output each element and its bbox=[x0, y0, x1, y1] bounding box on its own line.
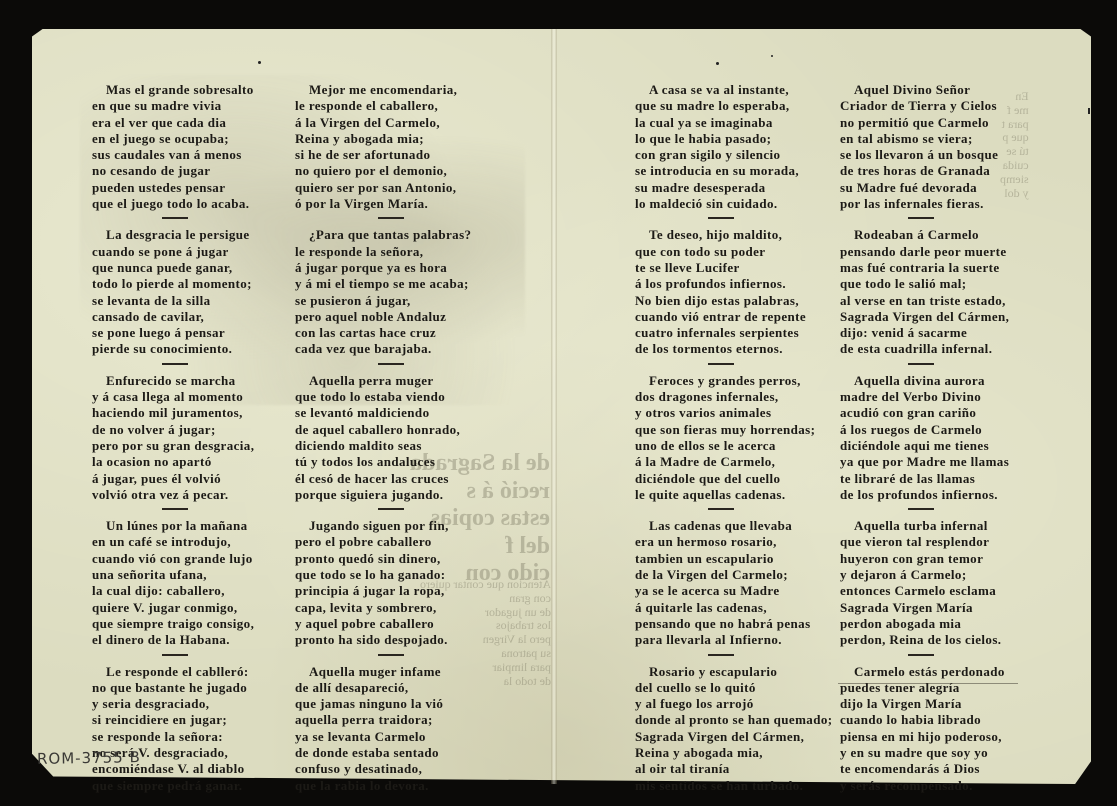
verse-line: te encomendarás á Dios bbox=[840, 761, 1025, 777]
verse-line: de la Virgen del Carmelo; bbox=[635, 567, 830, 583]
verse-line: á jugar, pues él volvió bbox=[92, 471, 282, 487]
verse-line: aquella perra traidora; bbox=[295, 712, 510, 728]
verse-line: de los tormentos eternos. bbox=[635, 341, 830, 357]
stanza: Aquella perra mugerque todo lo estaba vi… bbox=[295, 373, 510, 503]
verse-line: de tres horas de Granada bbox=[840, 163, 1025, 179]
verse-line: á la Madre de Carmelo, bbox=[635, 454, 830, 470]
verse-line: Aquella turba infernal bbox=[840, 518, 1025, 534]
verse-line: Te deseo, hijo maldito, bbox=[635, 227, 830, 243]
verse-line: que su madre lo esperaba, bbox=[635, 98, 830, 114]
verse-line: No bien dijo estas palabras, bbox=[635, 293, 830, 309]
verse-line: con las cartas hace cruz bbox=[295, 325, 510, 341]
verse-line: que jamas ninguno la vió bbox=[295, 696, 510, 712]
verse-line: en tal abismo se viera; bbox=[840, 131, 1025, 147]
verse-line: él cesó de hacer las cruces bbox=[295, 471, 510, 487]
verse-line: Reina y abogada mia, bbox=[635, 745, 830, 761]
verse-line: perdon, Reina de los cielos. bbox=[840, 632, 1025, 648]
stanza: A casa se va al instante,que su madre lo… bbox=[635, 82, 830, 212]
stanza-separator bbox=[378, 363, 404, 365]
verse-line: y aquel pobre caballero bbox=[295, 616, 510, 632]
verse-line: Aquel Divino Señor bbox=[840, 82, 1025, 98]
verse-line: le responde el caballero, bbox=[295, 98, 510, 114]
stanza: Las cadenas que llevabaera un hermoso ro… bbox=[635, 518, 830, 648]
archive-shelfmark: ROM-3755 B bbox=[37, 748, 141, 768]
stanza-separator bbox=[708, 217, 734, 219]
verse-line: Aquella divina aurora bbox=[840, 373, 1025, 389]
stanza-separator bbox=[162, 654, 188, 656]
verse-line: y á casa llega al momento bbox=[92, 389, 282, 405]
verse-line: el dinero de la Habana. bbox=[92, 632, 282, 648]
verse-line: y á mi el tiempo se me acaba; bbox=[295, 276, 510, 292]
verse-line: que el juego todo lo acaba. bbox=[92, 196, 282, 212]
verse-line: pensando darle peor muerte bbox=[840, 244, 1025, 260]
ink-speck bbox=[771, 55, 773, 57]
stanza: Rodeaban á Carmelopensando darle peor mu… bbox=[840, 227, 1025, 357]
verse-line: dijo: venid á sacarme bbox=[840, 325, 1025, 341]
verse-line: y serás recompensado. bbox=[840, 778, 1025, 794]
stanza: Rosario y escapulariodel cuello se lo qu… bbox=[635, 664, 830, 794]
stanza: Feroces y grandes perros,dos dragones in… bbox=[635, 373, 830, 503]
verse-line: su madre desesperada bbox=[635, 180, 830, 196]
left-page-column-2: Mejor me encomendaria,le responde el cab… bbox=[295, 82, 510, 794]
verse-line: dijo la Virgen María bbox=[840, 696, 1025, 712]
verse-line: cuando vió con grande lujo bbox=[92, 551, 282, 567]
verse-line: quiere V. jugar conmigo, bbox=[92, 600, 282, 616]
stanza: Aquella turba infernalque vieron tal res… bbox=[840, 518, 1025, 648]
verse-line: pronto quedó sin dinero, bbox=[295, 551, 510, 567]
stanza: Le responde el cablleró:no que bastante … bbox=[92, 664, 282, 794]
verse-line: Mejor me encomendaria, bbox=[295, 82, 510, 98]
verse-line: mas fué contraria la suerte bbox=[840, 260, 1025, 276]
verse-line: ya se le acerca su Madre bbox=[635, 583, 830, 599]
stanza: La desgracia le persiguecuando se pone á… bbox=[92, 227, 282, 357]
stanza-separator bbox=[378, 654, 404, 656]
verse-line: Sagrada Virgen María bbox=[840, 600, 1025, 616]
verse-line: que son fieras muy horrendas; bbox=[635, 422, 830, 438]
verse-line: con gran sigilo y silencio bbox=[635, 147, 830, 163]
verse-line: Criador de Tierra y Cielos bbox=[840, 98, 1025, 114]
right-page-column-1: A casa se va al instante,que su madre lo… bbox=[635, 82, 830, 794]
verse-line: Aquella muger infame bbox=[295, 664, 510, 680]
verse-line: entonces Carmelo esclama bbox=[840, 583, 1025, 599]
verse-line: por las infernales fieras. bbox=[840, 196, 1025, 212]
verse-line: Jugando siguen por fin, bbox=[295, 518, 510, 534]
verse-line: perdon abogada mia bbox=[840, 616, 1025, 632]
verse-line: que todo le salió mal; bbox=[840, 276, 1025, 292]
verse-line: ya que por Madre me llamas bbox=[840, 454, 1025, 470]
verse-line: pueden ustedes pensar bbox=[92, 180, 282, 196]
verse-line: á la Virgen del Carmelo, bbox=[295, 115, 510, 131]
verse-line: á los ruegos de Carmelo bbox=[840, 422, 1025, 438]
verse-line: que la rabia lo devora. bbox=[295, 778, 510, 794]
verse-line: le quite aquellas cadenas. bbox=[635, 487, 830, 503]
verse-line: cuatro infernales serpientes bbox=[635, 325, 830, 341]
stanza: Te deseo, hijo maldito,que con todo su p… bbox=[635, 227, 830, 357]
stanza-separator bbox=[378, 508, 404, 510]
stanza: Jugando siguen por fin,pero el pobre cab… bbox=[295, 518, 510, 648]
verse-line: del cuello se lo quitó bbox=[635, 680, 830, 696]
verse-line: capa, levita y sombrero, bbox=[295, 600, 510, 616]
verse-line: y seria desgraciado, bbox=[92, 696, 282, 712]
verse-line: piensa en mi hijo poderoso, bbox=[840, 729, 1025, 745]
verse-line: quiero ser por san Antonio, bbox=[295, 180, 510, 196]
verse-line: que siempre traigo consigo, bbox=[92, 616, 282, 632]
verse-line: tú y todos los andaluces bbox=[295, 454, 510, 470]
verse-line: Sagrada Virgen del Cármen, bbox=[840, 309, 1025, 325]
verse-line: y en su madre que soy yo bbox=[840, 745, 1025, 761]
verse-line: diciendo maldito seas bbox=[295, 438, 510, 454]
verse-line: A casa se va al instante, bbox=[635, 82, 830, 98]
verse-line: donde al pronto se han quemado; bbox=[635, 712, 830, 728]
stanza-separator bbox=[378, 217, 404, 219]
verse-line: se introducia en su morada, bbox=[635, 163, 830, 179]
verse-line: para llevarla al Infierno. bbox=[635, 632, 830, 648]
verse-line: se los llevaron á un bosque bbox=[840, 147, 1025, 163]
verse-line: en que su madre vivia bbox=[92, 98, 282, 114]
verse-line: al oir tal tiranía bbox=[635, 761, 830, 777]
verse-line: se levanta de la silla bbox=[92, 293, 282, 309]
verse-line: le responde la señora, bbox=[295, 244, 510, 260]
verse-line: no cesando de jugar bbox=[92, 163, 282, 179]
stanza: Mas el grande sobresaltoen que su madre … bbox=[92, 82, 282, 212]
stanza: Aquel Divino SeñorCriador de Tierra y Ci… bbox=[840, 82, 1025, 212]
verse-line: pensando que no habrá penas bbox=[635, 616, 830, 632]
verse-line: La desgracia le persigue bbox=[92, 227, 282, 243]
verse-line: que con todo su poder bbox=[635, 244, 830, 260]
verse-line: Reina y abogada mia; bbox=[295, 131, 510, 147]
stanza-separator bbox=[708, 363, 734, 365]
verse-line: la cual ya se imaginaba bbox=[635, 115, 830, 131]
verse-line: al verse en tan triste estado, bbox=[840, 293, 1025, 309]
verse-line: te se lleve Lucifer bbox=[635, 260, 830, 276]
stanza: Aquella muger infamede allí desapareció,… bbox=[295, 664, 510, 794]
verse-line: que vieron tal resplendor bbox=[840, 534, 1025, 550]
verse-line: su Madre fué devorada bbox=[840, 180, 1025, 196]
left-page-column-1: Mas el grande sobresaltoen que su madre … bbox=[92, 82, 282, 794]
verse-line: ó por la Virgen María. bbox=[295, 196, 510, 212]
verse-line: era un hermoso rosario, bbox=[635, 534, 830, 550]
verse-line: se pusieron á jugar, bbox=[295, 293, 510, 309]
rule-line bbox=[838, 683, 1018, 684]
verse-line: volvió otra vez á pecar. bbox=[92, 487, 282, 503]
verse-line: cuando vió entrar de repente bbox=[635, 309, 830, 325]
stanza-separator bbox=[908, 508, 934, 510]
verse-line: uno de ellos se le acerca bbox=[635, 438, 830, 454]
stanza: Aquella divina auroramadre del Verbo Div… bbox=[840, 373, 1025, 503]
verse-line: Un lúnes por la mañana bbox=[92, 518, 282, 534]
verse-line: diciéndole que del cuello bbox=[635, 471, 830, 487]
verse-line: se levantó maldiciendo bbox=[295, 405, 510, 421]
verse-line: en un café se introdujo, bbox=[92, 534, 282, 550]
stanza-separator bbox=[162, 217, 188, 219]
verse-line: en el juego se ocupaba; bbox=[92, 131, 282, 147]
verse-line: Enfurecido se marcha bbox=[92, 373, 282, 389]
verse-line: lo maldeció sin cuidado. bbox=[635, 196, 830, 212]
verse-line: cuando lo habia librado bbox=[840, 712, 1025, 728]
verse-line: se pone luego á pensar bbox=[92, 325, 282, 341]
stanza-separator bbox=[708, 654, 734, 656]
verse-line: Rodeaban á Carmelo bbox=[840, 227, 1025, 243]
verse-line: y otros varios animales bbox=[635, 405, 830, 421]
ink-speck bbox=[716, 62, 719, 65]
verse-line: á jugar porque ya es hora bbox=[295, 260, 510, 276]
verse-line: de esta cuadrilla infernal. bbox=[840, 341, 1025, 357]
verse-line: Rosario y escapulario bbox=[635, 664, 830, 680]
verse-line: todo lo pierde al momento; bbox=[92, 276, 282, 292]
verse-line: Feroces y grandes perros, bbox=[635, 373, 830, 389]
verse-line: pero aquel noble Andaluz bbox=[295, 309, 510, 325]
verse-line: dos dragones infernales, bbox=[635, 389, 830, 405]
verse-line: la ocasion no apartó bbox=[92, 454, 282, 470]
verse-line: y al fuego los arrojó bbox=[635, 696, 830, 712]
verse-line: madre del Verbo Divino bbox=[840, 389, 1025, 405]
verse-line: á los profundos infiernos. bbox=[635, 276, 830, 292]
stanza: Un lúnes por la mañanaen un café se intr… bbox=[92, 518, 282, 648]
verse-line: que todo se lo ha ganado: bbox=[295, 567, 510, 583]
verse-line: porque siguiera jugando. bbox=[295, 487, 510, 503]
stanza-separator bbox=[908, 217, 934, 219]
verse-line: confuso y desatinado, bbox=[295, 761, 510, 777]
verse-line: si he de ser afortunado bbox=[295, 147, 510, 163]
verse-line: de no volver á jugar; bbox=[92, 422, 282, 438]
stanza-separator bbox=[908, 654, 934, 656]
stanza-separator bbox=[908, 363, 934, 365]
verse-line: ¿Para que tantas palabras? bbox=[295, 227, 510, 243]
center-fold bbox=[551, 29, 557, 784]
stanza-separator bbox=[162, 363, 188, 365]
stanza-separator bbox=[162, 508, 188, 510]
stanza: Mejor me encomendaria,le responde el cab… bbox=[295, 82, 510, 212]
verse-line: que nunca puede ganar, bbox=[92, 260, 282, 276]
verse-line: haciendo mil juramentos, bbox=[92, 405, 282, 421]
verse-line: de allí desapareció, bbox=[295, 680, 510, 696]
verse-line: pero el pobre caballero bbox=[295, 534, 510, 550]
verse-line: que todo lo estaba viendo bbox=[295, 389, 510, 405]
verse-line: era el ver que cada dia bbox=[92, 115, 282, 131]
verse-line: se responde la señora: bbox=[92, 729, 282, 745]
verse-line: pero por su gran desgracia, bbox=[92, 438, 282, 454]
verse-line: te libraré de las llamas bbox=[840, 471, 1025, 487]
verse-line: no que bastante he jugado bbox=[92, 680, 282, 696]
verse-line: acudió con gran cariño bbox=[840, 405, 1025, 421]
verse-line: mis sentidos se han turbado. bbox=[635, 778, 830, 794]
stanza-separator bbox=[708, 508, 734, 510]
verse-line: no permitió que Carmelo bbox=[840, 115, 1025, 131]
right-page-column-2: Aquel Divino SeñorCriador de Tierra y Ci… bbox=[840, 82, 1025, 794]
verse-line: Aquella perra muger bbox=[295, 373, 510, 389]
verse-line: Carmelo estás perdonado bbox=[840, 664, 1025, 680]
stanza: ¿Para que tantas palabras?le responde la… bbox=[295, 227, 510, 357]
verse-line: diciéndole aqui me tienes bbox=[840, 438, 1025, 454]
verse-line: huyeron con gran temor bbox=[840, 551, 1025, 567]
verse-line: tambien un escapulario bbox=[635, 551, 830, 567]
verse-line: principia á jugar la ropa, bbox=[295, 583, 510, 599]
verse-line: la cual dijo: caballero, bbox=[92, 583, 282, 599]
ink-speck bbox=[258, 61, 261, 64]
verse-line: de donde estaba sentado bbox=[295, 745, 510, 761]
verse-line: Le responde el cablleró: bbox=[92, 664, 282, 680]
verse-line: cansado de cavilar, bbox=[92, 309, 282, 325]
verse-line: si reincidiere en jugar; bbox=[92, 712, 282, 728]
verse-line: cuando se pone á jugar bbox=[92, 244, 282, 260]
page-edge-nick bbox=[1088, 108, 1090, 114]
verse-line: á quitarle las cadenas, bbox=[635, 600, 830, 616]
verse-line: Las cadenas que llevaba bbox=[635, 518, 830, 534]
verse-line: una señorita ufana, bbox=[92, 567, 282, 583]
verse-line: Mas el grande sobresalto bbox=[92, 82, 282, 98]
verse-line: ya se levanta Carmelo bbox=[295, 729, 510, 745]
verse-line: cada vez que barajaba. bbox=[295, 341, 510, 357]
verse-line: que siempre pedrá ganar. bbox=[92, 778, 282, 794]
verse-line: sus caudales van á menos bbox=[92, 147, 282, 163]
verse-line: y dejaron á Carmelo; bbox=[840, 567, 1025, 583]
verse-line: Sagrada Virgen del Cármen, bbox=[635, 729, 830, 745]
verse-line: de los profundos infiernos. bbox=[840, 487, 1025, 503]
verse-line: no quiero por el demonio, bbox=[295, 163, 510, 179]
stanza: Enfurecido se marchay á casa llega al mo… bbox=[92, 373, 282, 503]
verse-line: lo que le habia pasado; bbox=[635, 131, 830, 147]
verse-line: pierde su conocimiento. bbox=[92, 341, 282, 357]
verse-line: de aquel caballero honrado, bbox=[295, 422, 510, 438]
verse-line: pronto ha sido despojado. bbox=[295, 632, 510, 648]
